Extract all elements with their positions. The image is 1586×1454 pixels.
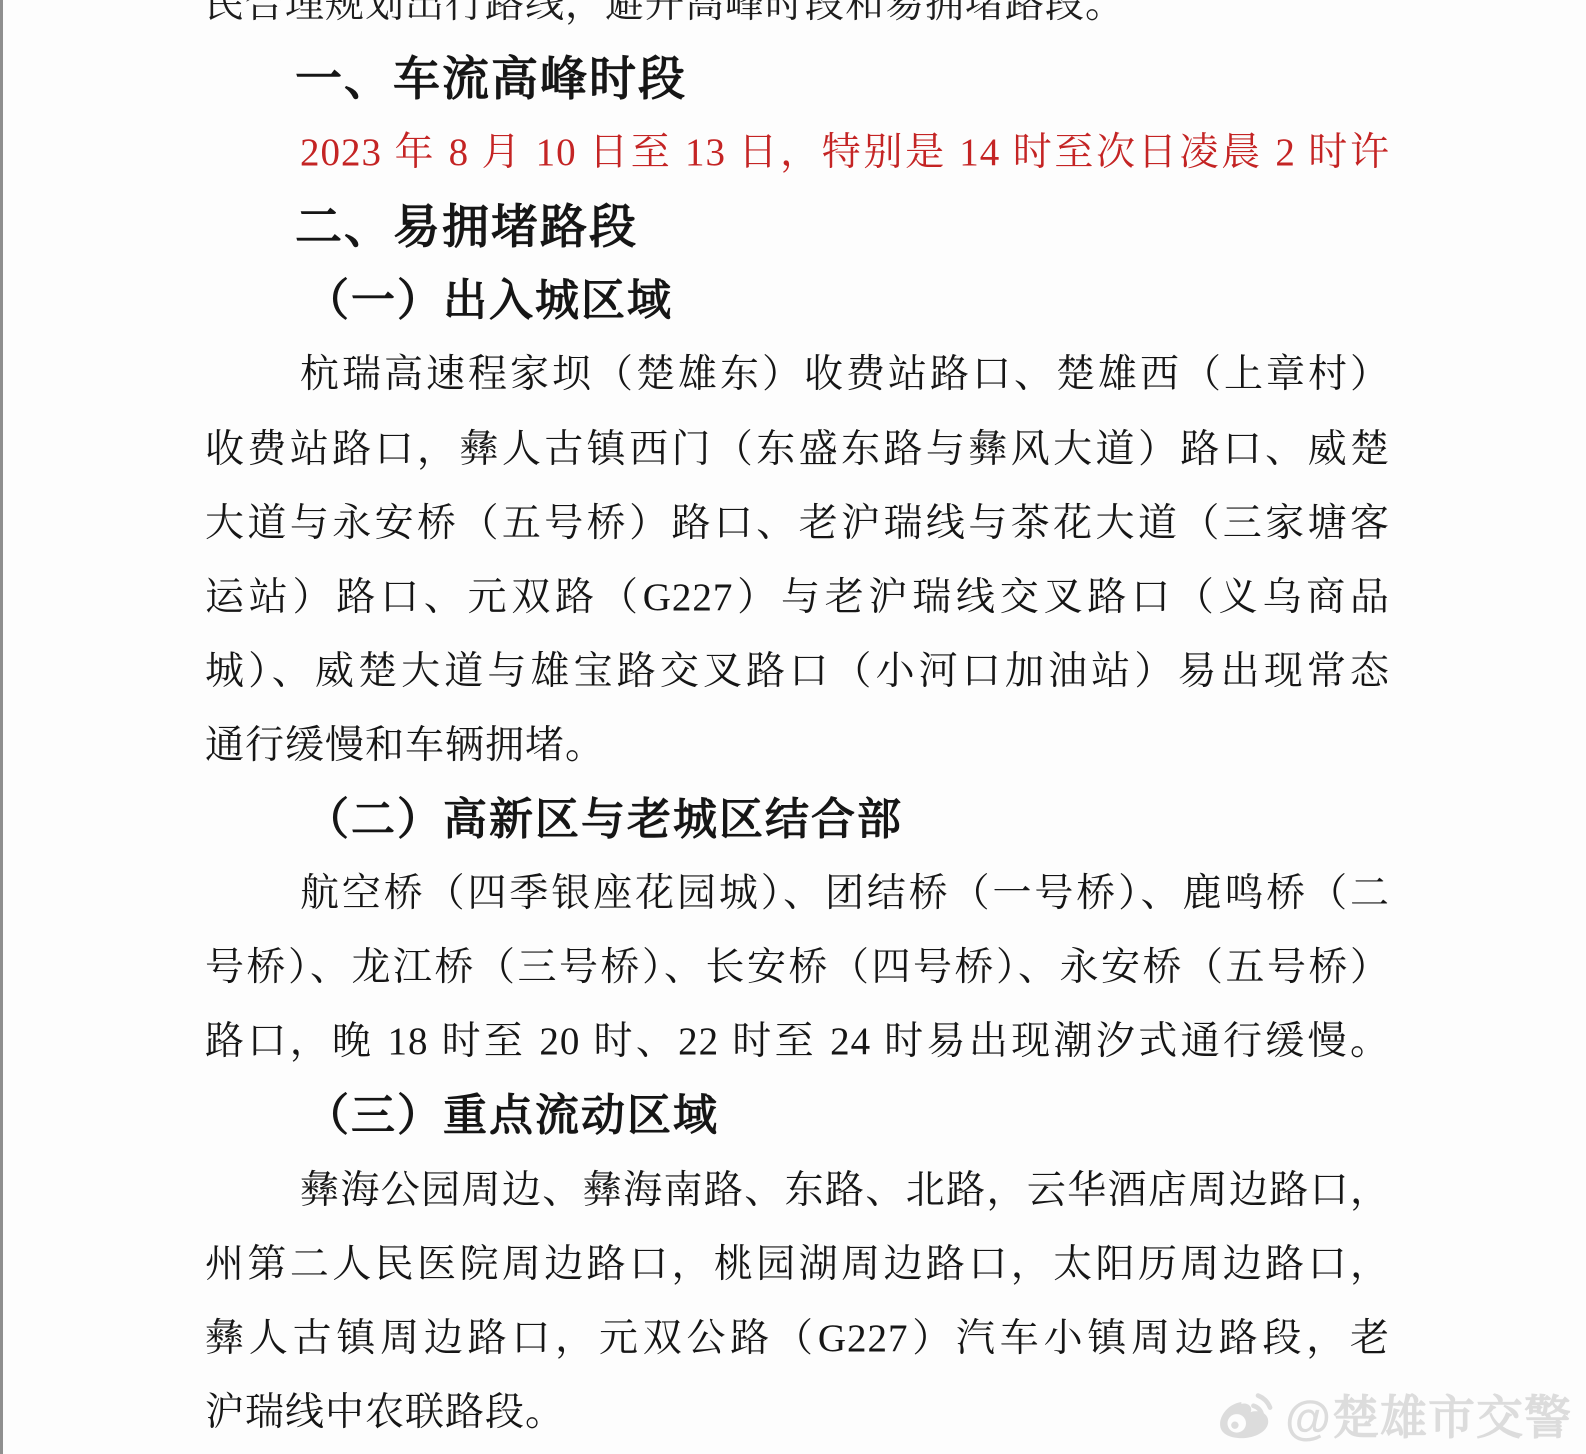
watermark: @楚雄市交警 — [1217, 1381, 1572, 1448]
document-line-9: 运站）路口、元双路（G227）与老沪瑞线交叉路口（义乌商品 — [205, 561, 1390, 635]
document-line-8: 大道与永安桥（五号桥）路口、老沪瑞线与茶花大道（三家塘客 — [205, 487, 1390, 561]
document-line-11: 通行缓慢和车辆拥堵。 — [205, 709, 1390, 783]
document-line-19: 彝人古镇周边路口，元双公路（G227）汽车小镇周边路段，老 — [205, 1302, 1390, 1376]
document-line-3: 2023 年 8 月 10 日至 13 日，特别是 14 时至次日凌晨 2 时许 — [205, 116, 1390, 190]
document-line-18: 州第二人民医院周边路口，桃园湖周边路口，太阳历周边路口， — [205, 1228, 1390, 1302]
document-line-15: 路口，晚 18 时至 20 时、22 时至 24 时易出现潮汐式通行缓慢。 — [205, 1005, 1390, 1079]
document-line-2: 一、车流高峰时段 — [205, 42, 1390, 116]
page-edge-line — [0, 0, 3, 1454]
document-line-14: 号桥）、龙江桥（三号桥）、长安桥（四号桥）、永安桥（五号桥） — [205, 931, 1390, 1005]
document-line-16: （三）重点流动区域 — [205, 1079, 1390, 1153]
weibo-icon — [1217, 1390, 1275, 1440]
document-body: 民合理规划出行路线，避开高峰时段和易拥堵路段。一、车流高峰时段2023 年 8 … — [205, 0, 1390, 1450]
document-page: 民合理规划出行路线，避开高峰时段和易拥堵路段。一、车流高峰时段2023 年 8 … — [0, 0, 1586, 1454]
document-line-7: 收费站路口，彝人古镇西门（东盛东路与彝风大道）路口、威楚 — [205, 413, 1390, 487]
document-line-17: 彝海公园周边、彝海南路、东路、北路，云华酒店周边路口， — [205, 1154, 1390, 1228]
document-line-13: 航空桥（四季银座花园城）、团结桥（一号桥）、鹿鸣桥（二 — [205, 857, 1390, 931]
document-line-5: （一）出入城区域 — [205, 264, 1390, 338]
document-line-4: 二、易拥堵路段 — [205, 190, 1390, 264]
document-line-20: 沪瑞线中农联路段。 — [205, 1376, 1390, 1450]
document-line-1: 民合理规划出行路线，避开高峰时段和易拥堵路段。 — [205, 0, 1390, 42]
document-line-6: 杭瑞高速程家坝（楚雄东）收费站路口、楚雄西（上章村） — [205, 338, 1390, 412]
document-line-10: 城）、威楚大道与雄宝路交叉路口（小河口加油站）易出现常态 — [205, 635, 1390, 709]
watermark-handle: @楚雄市交警 — [1285, 1381, 1572, 1448]
document-line-12: （二）高新区与老城区结合部 — [205, 783, 1390, 857]
